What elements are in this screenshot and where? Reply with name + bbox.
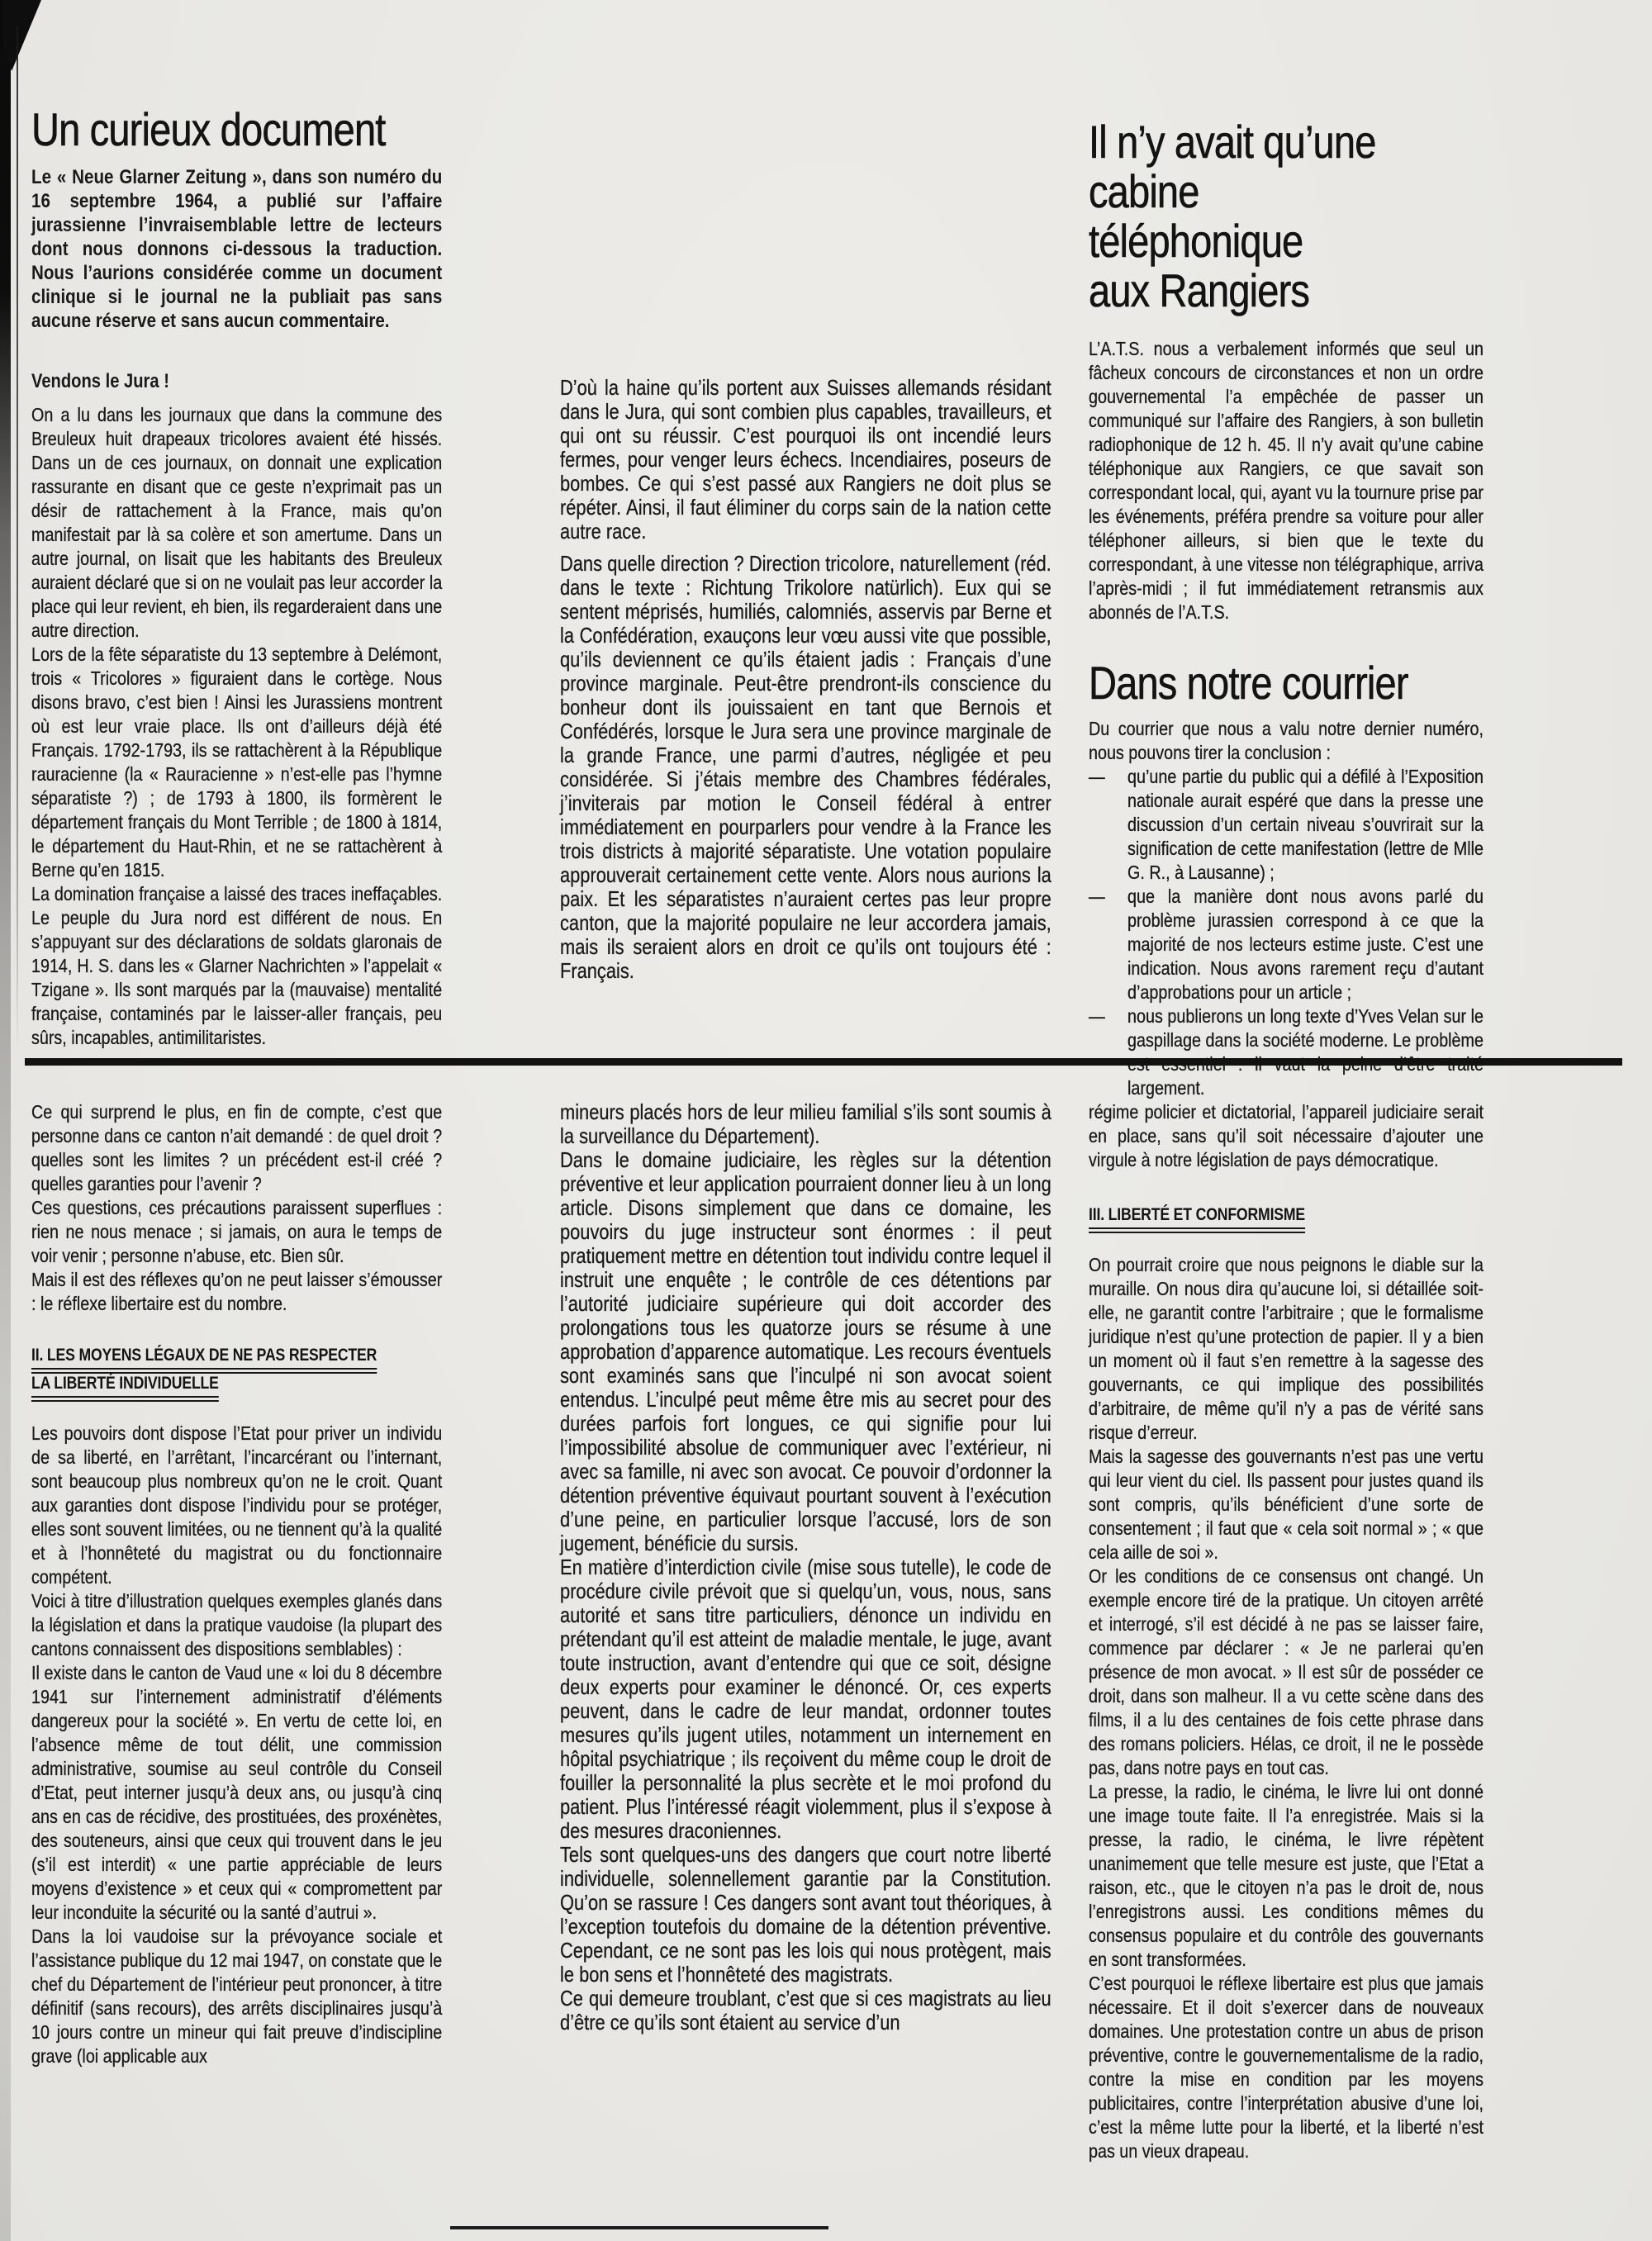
- courrier-title: Dans notre courrier: [1089, 659, 1483, 707]
- section-heading-ii-line: LA LIBERTÉ INDIVIDUELLE: [31, 1374, 219, 1402]
- essay-paragraph: Dans le domaine judiciaire, les règles s…: [560, 1148, 1051, 1555]
- article2-title-line: Il n’y avait qu’une cabine: [1089, 117, 1483, 216]
- article2-title-line: aux Rangiers: [1089, 266, 1483, 316]
- courrier-intro: Du courrier que nous a valu notre dernie…: [1089, 717, 1483, 765]
- essay-paragraph: Il existe dans le canton de Vaud une « l…: [31, 1661, 442, 1925]
- section-divider-rule: [25, 1058, 1622, 1066]
- article2-title: Il n’y avait qu’une cabine téléphonique …: [1089, 117, 1483, 316]
- essay-paragraph: Ces questions, ces précautions paraissen…: [31, 1196, 442, 1268]
- dash-bullet: —: [1089, 765, 1105, 789]
- newspaper-page: Un curieux document Le « Neue Glarner Ze…: [0, 0, 1652, 2241]
- essay-paragraph: Tels sont quelques-uns des dangers que c…: [560, 1843, 1051, 1987]
- essay-column-middle: mineurs placés hors de leur milieu famil…: [560, 1100, 1145, 2034]
- article1-paragraph: Dans quelle direction ? Direction tricol…: [560, 552, 1051, 983]
- essay-paragraph: Voici à titre d’illustration quelques ex…: [31, 1589, 442, 1661]
- essay-paragraph: La presse, la radio, le cinéma, le livre…: [1089, 1780, 1483, 1972]
- section-heading-ii-line: II. LES MOYENS LÉGAUX DE NE PAS RESPECTE…: [31, 1346, 377, 1374]
- essay-paragraph: Ce qui demeure troublant, c’est que si c…: [560, 1987, 1051, 2034]
- article1-paragraph: D’où la haine qu’ils portent aux Suisses…: [560, 376, 1051, 544]
- article1-paragraph: La domination française a laissé des tra…: [31, 882, 442, 1050]
- courrier-item: — qu’une partie du public qui a défilé à…: [1089, 765, 1483, 885]
- essay-paragraph: Ce qui surprend le plus, en fin de compt…: [31, 1100, 442, 1196]
- courrier-item-text: que la manière dont nous avons parlé du …: [1127, 885, 1483, 1004]
- bottom-partial-rule: [450, 2226, 828, 2229]
- scan-margin-line: [17, 26, 18, 1054]
- article1-lead: Le « Neue Glarner Zeitung », dans son nu…: [31, 165, 442, 333]
- article-un-curieux-document: Un curieux document Le « Neue Glarner Ze…: [31, 106, 520, 1050]
- courrier-item-text: qu’une partie du public qui a défilé à l…: [1127, 765, 1483, 885]
- courrier-item: — nous publierons un long texte d’Yves V…: [1089, 1004, 1483, 1100]
- dash-bullet: —: [1089, 885, 1105, 909]
- article1-subhead: Vendons le Jura !: [31, 369, 442, 393]
- essay-column-left: Ce qui surprend le plus, en fin de compt…: [31, 1100, 520, 2068]
- essay-paragraph: En matière d’interdiction civile (mise s…: [560, 1555, 1051, 1843]
- essay-paragraph: Les pouvoirs dont dispose l’Etat pour pr…: [31, 1422, 442, 1589]
- scan-corner-mark: [3, 0, 41, 71]
- essay-paragraph: Mais la sagesse des gouvernants n’est pa…: [1089, 1445, 1483, 1564]
- section-heading-iii-line: III. LIBERTÉ ET CONFORMISME: [1089, 1205, 1305, 1233]
- dash-bullet: —: [1089, 1004, 1105, 1028]
- article1-title: Un curieux document: [31, 106, 442, 154]
- section-heading-iii: III. LIBERTÉ ET CONFORMISME: [1089, 1205, 1483, 1233]
- section-heading-ii: II. LES MOYENS LÉGAUX DE NE PAS RESPECTE…: [31, 1346, 442, 1402]
- article-cabine-et-courrier: Il n’y avait qu’une cabine téléphonique …: [1089, 117, 1559, 1100]
- courrier-item-text: nous publierons un long texte d’Yves Vel…: [1127, 1004, 1483, 1100]
- article2-title-line: téléphonique: [1089, 216, 1483, 266]
- essay-paragraph: C’est pourquoi le réflexe libertaire est…: [1089, 1972, 1483, 2163]
- article1-continuation-column: D’où la haine qu’ils portent aux Suisses…: [560, 376, 1145, 983]
- essay-paragraph: Mais il est des réflexes qu’on ne peut l…: [31, 1268, 442, 1316]
- article1-paragraph: On a lu dans les journaux que dans la co…: [31, 403, 442, 643]
- essay-paragraph: régime policier et dictatorial, l’appare…: [1089, 1100, 1483, 1172]
- essay-paragraph: Dans la loi vaudoise sur la prévoyance s…: [31, 1925, 442, 2068]
- essay-paragraph: mineurs placés hors de leur milieu famil…: [560, 1100, 1051, 1148]
- courrier-item: — que la manière dont nous avons parlé d…: [1089, 885, 1483, 1004]
- article1-paragraph: Lors de la fête séparatiste du 13 septem…: [31, 643, 442, 882]
- essay-paragraph: Or les conditions de ce consensus ont ch…: [1089, 1564, 1483, 1780]
- article2-body: L’A.T.S. nous a verbalement informés que…: [1089, 337, 1483, 624]
- scan-edge-shadow: [0, 0, 11, 2241]
- essay-column-right: régime policier et dictatorial, l’appare…: [1089, 1100, 1559, 2163]
- essay-paragraph: On pourrait croire que nous peignons le …: [1089, 1253, 1483, 1445]
